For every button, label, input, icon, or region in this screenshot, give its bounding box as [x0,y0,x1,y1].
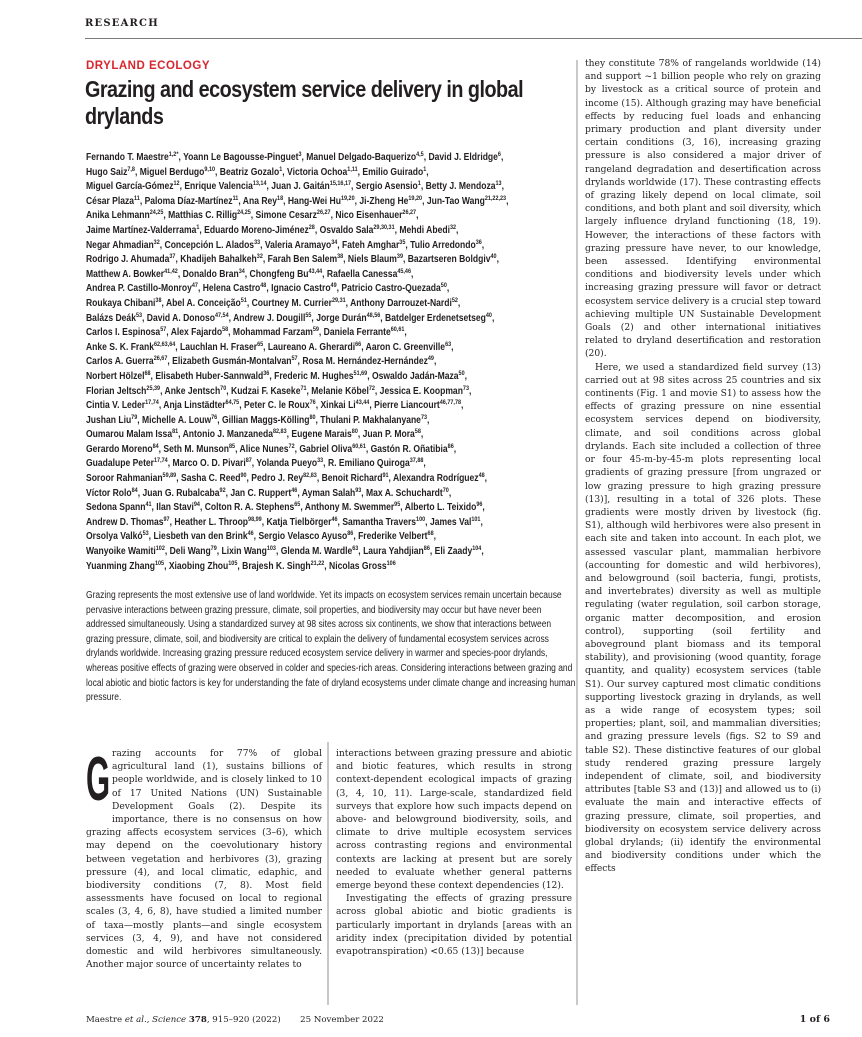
author-affiliation: 86 [448,443,454,450]
article-title: Grazing and ecosystem service delivery i… [85,76,567,130]
author-name: Aaron C. Greenville [366,342,445,353]
author-affiliation: 64,75 [226,399,240,406]
author-name: Victoria Ochoa [287,167,347,178]
author-affiliation: 39 [397,253,403,260]
author-affiliation: 95 [394,501,400,508]
author-affiliation: 38 [337,253,343,260]
author-name: Ana Rey [243,196,277,207]
author-affiliation: 13,14 [253,180,267,187]
author-affiliation: 29,31 [332,297,346,304]
drop-cap: G [86,749,108,815]
author-affiliation: 100 [416,516,425,523]
author-name: Max A. Schuchardt [366,488,443,499]
body-paragraph: Here, we used a standardized field surve… [585,362,821,877]
article-kicker: DRYLAND ECOLOGY [86,60,210,72]
author-affiliation: 102 [156,545,165,552]
author-name: Marco O. D. Pivari [172,458,245,469]
author-name: Andrew D. Thomas [86,517,164,528]
author-name: Andrew J. Dougill [233,313,305,324]
author-name: Anja Linstädter [163,400,225,411]
author-name: Carlos A. Guerra [86,356,154,367]
author-name: Pierre Liancourt [374,400,440,411]
author-name: Katja Tielbörger [266,517,331,528]
author-name: Michelle A. Louw [142,415,211,426]
author-affiliation: 60,61 [391,326,405,333]
author-name: Niels Blaum [348,254,397,265]
author-name: Roukaya Chibani [86,298,155,309]
author-affiliation: 1 [279,166,282,173]
author-affiliation: 84 [132,487,138,494]
author-affiliation: 72 [289,443,295,450]
author-name: Valeria Aramayo [265,240,331,251]
author-name: Alexandra Rodríguez [393,473,479,484]
author-affiliation: 92 [220,487,226,494]
author-name: Gillian Maggs-Kölling [222,415,309,426]
author-affiliation: 86 [424,545,430,552]
author-affiliation: 60,61 [352,443,366,450]
author-affiliation: 72 [369,385,375,392]
column-divider-right [576,60,578,1005]
author-affiliation: 24,25 [237,209,251,216]
body-column-2: interactions between grazing pressure an… [336,748,572,959]
author-affiliation: 33 [317,457,323,464]
author-affiliation: 43,44 [356,399,370,406]
author-name: Heather L. Throop [174,517,248,528]
author-affiliation: 57 [160,326,166,333]
author-affiliation: 90 [240,472,246,479]
author-name: Paloma Díaz-Martínez [145,196,233,207]
author-name: Wanyoike Wamiti [86,546,156,557]
author-name: Ji-Zheng He [359,196,408,207]
author-affiliation: 18 [277,195,283,202]
author-affiliation: 12 [174,180,180,187]
author-name: Kudzai F. Kaseke [231,386,300,397]
body-paragraph: Investigating the effects of grazing pre… [336,893,572,959]
author-name: Samantha Travers [342,517,416,528]
author-affiliation: 105 [155,560,164,567]
author-name: Seth M. Munson [163,444,229,455]
author-name: Cintia V. Leder [86,400,145,411]
article-title-text: Grazing and ecosystem service delivery i… [85,76,532,130]
author-list: Fernando T. Maestre1,2*, Yoann Le Bagous… [86,151,556,574]
author-name: Gabriel Oliva [299,444,352,455]
author-affiliation: 59,89 [163,472,177,479]
author-name: Norbert Hölzel [86,371,144,382]
author-affiliation: 1 [418,180,421,187]
author-name: Juan J. Gaitán [271,181,329,192]
author-affiliation: 53 [136,312,142,319]
author-affiliation: 40 [490,253,496,260]
author-affiliation: 50 [459,370,465,377]
author-name: Simone Cesarz [256,210,317,221]
author-name: Balázs Deák [86,313,136,324]
author-affiliation: 105 [228,560,237,567]
author-affiliation: 57 [291,355,297,362]
author-name: Batdelger Erdenetsetseg [385,313,486,324]
author-name: Soroor Rahmanian [86,473,163,484]
author-name: Enrique Valencia [184,181,252,192]
author-affiliation: 52 [452,297,458,304]
author-affiliation: 103 [267,545,276,552]
author-name: Oswaldo Jadán-Maza [372,371,459,382]
author-name: Manuel Delgado-Baquerizo [306,152,416,163]
author-name: Alex Fajardo [171,327,222,338]
author-name: Eli Zaady [435,546,473,557]
author-name: Jushan Liu [86,415,131,426]
author-affiliation: 41 [145,501,151,508]
author-affiliation: 38 [155,297,161,304]
author-name: Chongfeng Bu [250,269,309,280]
author-name: Courtney M. Currier [252,298,332,309]
author-affiliation: 43,44 [308,268,322,275]
author-affiliation: 29,30,31 [373,224,394,231]
author-name: Elizabeth Gusmán-Montalvan [172,356,291,367]
author-affiliation: 1,2* [169,151,179,158]
author-name: Laura Yahdjian [363,546,424,557]
author-name: James Val [430,517,471,528]
author-name: Alberto L. Teixido [405,502,477,513]
author-name: Carlos I. Espinosa [86,327,160,338]
author-affiliation: 34 [331,239,337,246]
author-affiliation: 97 [164,516,170,523]
author-affiliation: 15,16,17 [330,180,351,187]
author-name: Guadalupe Peter [86,458,154,469]
column-divider-middle [327,742,329,1005]
author-name: Xinkai Li [320,400,355,411]
author-name: Nico Eisenhauer [335,210,402,221]
author-affiliation: 63 [445,341,451,348]
author-name: Lixin Wang [222,546,267,557]
author-affiliation: 55 [305,312,311,319]
author-name: Helena Castro [203,283,261,294]
author-name: R. Emiliano Quiroga [328,458,410,469]
author-affiliation: 17,74 [154,457,168,464]
author-affiliation: 37,88 [410,457,424,464]
body-paragraph: interactions between grazing pressure an… [336,748,572,893]
author-name: Yuanming Zhang [86,561,155,572]
author-name: Khadijeh Bahalkeh [180,254,257,265]
author-name: Eduardo Moreno-Jiménez [204,225,309,236]
author-affiliation: 51 [241,297,247,304]
author-affiliation: 33 [254,239,260,246]
author-affiliation: 32 [154,239,160,246]
author-name: Colton R. A. Stephens [205,502,295,513]
author-name: David A. Donoso [147,313,215,324]
author-name: Rosa M. Hernández-Hernández [302,356,428,367]
author-affiliation: 80 [352,428,358,435]
author-name: Ignacio Castro [271,283,330,294]
author-name: Antonio J. Manzaneda [183,429,273,440]
author-affiliation: 91 [382,472,388,479]
author-name: Abel A. Conceição [166,298,241,309]
author-affiliation: 87 [246,457,252,464]
author-affiliation: 86 [347,530,353,537]
author-affiliation: 37 [169,253,175,260]
article-page: RESEARCH DRYLAND ECOLOGY Grazing and eco… [0,0,862,1037]
author-affiliation: 70 [443,487,449,494]
author-name: Negar Ahmadian [86,240,154,251]
author-name: Jorge Durán [316,313,366,324]
author-name: Elisabeth Huber-Sannwald [155,371,263,382]
author-affiliation: 47 [192,282,198,289]
author-affiliation: 3 [298,151,301,158]
author-affiliation: 58 [415,428,421,435]
author-name: Jaime Martínez-Valderrama [86,225,196,236]
author-affiliation: 19,20 [341,195,355,202]
author-name: Hugo Saiz [86,167,127,178]
author-name: Anthony M. Swemmer [305,502,394,513]
author-affiliation: 45,46 [397,268,411,275]
author-affiliation: 7,8 [127,166,135,173]
citation-volume: 378 [189,1015,207,1025]
author-name: Frederic M. Hughes [274,371,353,382]
author-affiliation: 11 [134,195,140,202]
author-affiliation: 51,69 [354,370,368,377]
author-affiliation: 26,67 [154,355,168,362]
author-affiliation: 80 [309,414,315,421]
author-name: Emilio Guirado [362,167,423,178]
page-indicator: 1 of 6 [800,1014,830,1025]
author-name: Tulio Arredondo [410,240,476,251]
author-affiliation: 101 [471,516,480,523]
author-affiliation: 1 [423,166,426,173]
author-affiliation: 76 [211,414,217,421]
author-name: Matthias C. Rillig [168,210,237,221]
author-affiliation: 48 [479,472,485,479]
author-name: Laureano A. Gherardi [268,342,355,353]
author-affiliation: 81 [172,428,178,435]
author-name: Yolanda Pueyo [256,458,317,469]
author-affiliation: 50 [441,282,447,289]
author-name: Orsolya Valkó [86,531,143,542]
author-name: Mehdi Abedi [399,225,450,236]
author-name: Brajesh K. Singh [242,561,310,572]
author-name: Deli Wang [170,546,211,557]
author-affiliation: 48 [260,282,266,289]
author-name: César Plaza [86,196,134,207]
author-name: Benoit Richard [322,473,383,484]
author-affiliation: 49 [428,355,434,362]
author-name: Víctor Rolo [86,488,132,499]
author-name: Sergio Velasco Ayuso [258,531,347,542]
author-affiliation: 58 [222,326,228,333]
author-affiliation: 1 [196,224,199,231]
author-affiliation: 34 [239,268,245,275]
author-affiliation: 28 [309,224,315,231]
author-name: Donaldo Bran [183,269,239,280]
author-name: Florian Jeltsch [86,386,146,397]
author-name: Bazartseren Boldgiv [408,254,491,265]
author-name: Mohammad Farzam [233,327,313,338]
author-affiliation: 9,10 [204,166,215,173]
author-affiliation: 26,27 [317,209,331,216]
author-affiliation: 32 [257,253,263,260]
author-name: Sergio Asensio [356,181,418,192]
author-name: Anke Jentsch [165,386,221,397]
author-name: Rodrigo J. Ahumada [86,254,169,265]
author-affiliation: 94 [194,501,200,508]
author-name: Miguel García-Gómez [86,181,174,192]
author-affiliation: 25,39 [146,385,160,392]
author-affiliation: 46,77,78 [440,399,461,406]
author-name: David J. Eldridge [428,152,497,163]
author-affiliation: 32 [450,224,456,231]
abstract: Grazing represents the most extensive us… [86,589,578,706]
author-affiliation: 98,99 [248,516,262,523]
author-affiliation: 79 [211,545,217,552]
author-name: Anke S. K. Frank [86,342,154,353]
author-affiliation: 76 [310,399,316,406]
citation-etal: et al. [125,1015,147,1025]
author-name: Nicolas Gross [329,561,387,572]
author-affiliation: 84 [153,443,159,450]
author-name: Frederike Velbert [358,531,427,542]
author-name: Betty J. Mendoza [426,181,496,192]
citation-pages: , 915–920 (2022) [207,1015,281,1025]
author-name: Jessica E. Koopman [380,386,463,397]
header-rule [85,38,862,39]
author-name: Yoann Le Bagousse-Pinguet [183,152,298,163]
author-affiliation: 21,22 [311,560,325,567]
author-name: Oumarou Malam Issa [86,429,172,440]
author-affiliation: 36 [476,239,482,246]
author-affiliation: 4,5 [416,151,424,158]
author-name: Jan C. Ruppert [230,488,291,499]
author-name: Anika Lehmann [86,210,150,221]
author-affiliation: 46 [291,487,297,494]
author-name: Ayman Salah [302,488,355,499]
author-name: Ilan Stavi [156,502,194,513]
author-name: Concepción L. Alados [165,240,255,251]
author-name: Miguel Berdugo [140,167,205,178]
author-affiliation: 6 [498,151,501,158]
author-affiliation: 71 [300,385,306,392]
author-name: Glenda M. Wardle [281,546,352,557]
author-name: Gastón R. Oñatibia [371,444,448,455]
author-name: Daniela Ferrante [324,327,391,338]
author-affiliation: 104 [472,545,481,552]
citation-journal: Science [152,1015,186,1025]
author-affiliation: 11 [233,195,239,202]
body-paragraph: razing accounts for 77% of global agricu… [86,749,322,970]
author-affiliation: 49 [331,282,337,289]
author-affiliation: 82,83 [303,472,317,479]
author-affiliation: 21,22,23 [485,195,506,202]
author-name: Hang-Wei Hu [288,196,341,207]
author-affiliation: 24,25 [150,209,164,216]
author-affiliation: 48,56 [367,312,381,319]
author-affiliation: 41,42 [164,268,178,275]
author-affiliation: 79 [131,414,137,421]
author-name: Jun-Tao Wang [427,196,485,207]
author-affiliation: 66 [355,341,361,348]
author-affiliation: 68 [428,530,434,537]
author-name: Andrea P. Castillo-Monroy [86,283,192,294]
author-name: Pedro J. Rey [251,473,303,484]
author-affiliation: 46 [331,516,337,523]
author-affiliation: 62,63,64 [154,341,175,348]
author-name: Patricio Castro-Quezada [341,283,440,294]
author-affiliation: 19,20 [408,195,422,202]
publication-date: 25 November 2022 [300,1015,384,1025]
author-name: Fateh Amghar [342,240,399,251]
author-affiliation: 68 [144,370,150,377]
author-affiliation: 36 [263,370,269,377]
author-affiliation: 63 [352,545,358,552]
body-column-3: they constitute 78% of rangelands worldw… [585,58,821,877]
author-name: Farah Ben Salem [268,254,337,265]
author-affiliation: 93 [355,487,361,494]
author-affiliation: 85 [229,443,235,450]
author-name: Sedona Spann [86,502,145,513]
author-name: Juan P. Mora [363,429,415,440]
citation-authors: Maestre [86,1015,122,1025]
author-affiliation: 106 [387,560,396,567]
author-affiliation: 1,11 [347,166,357,173]
author-name: Melanie Köbel [311,386,369,397]
author-name: Xiaobing Zhou [169,561,228,572]
author-name: Osvaldo Sala [320,225,374,236]
section-label: RESEARCH [85,18,159,29]
author-name: Peter C. le Roux [244,400,310,411]
author-affiliation: 53 [143,530,149,537]
author-affiliation: 96 [476,501,482,508]
author-affiliation: 35 [399,239,405,246]
author-affiliation: 13 [496,180,502,187]
author-affiliation: 73 [421,414,427,421]
author-name: Thulani P. Makhalanyane [320,415,421,426]
body-column-1: Grazing accounts for 77% of global agric… [86,748,322,972]
author-affiliation: 59 [313,326,319,333]
footer-citation: Maestre et al., Science 378, 915–920 (20… [86,1015,384,1025]
author-affiliation: 70 [220,385,226,392]
author-affiliation: 17,74 [145,399,159,406]
author-name: Sasha C. Reed [181,473,240,484]
author-affiliation: 26,27 [402,209,416,216]
author-affiliation: 65 [294,501,300,508]
author-name: Matthew A. Bowker [86,269,164,280]
author-name: Lauchlan H. Fraser [180,342,257,353]
body-paragraph: they constitute 78% of rangelands worldw… [585,58,821,362]
author-name: Rafaella Canessa [327,269,397,280]
author-name: Alice Nunes [240,444,289,455]
author-name: Juan G. Rubalcaba [142,488,219,499]
author-name: Beatriz Gozalo [220,167,279,178]
author-affiliation: 65 [257,341,263,348]
author-name: Liesbeth van den Brink [153,531,247,542]
author-affiliation: 40 [486,312,492,319]
author-affiliation: 82,83 [273,428,287,435]
author-affiliation: 46 [248,530,254,537]
author-name: Fernando T. Maestre [86,152,169,163]
author-affiliation: 47,54 [215,312,229,319]
author-affiliation: 73 [463,385,469,392]
author-name: Eugene Marais [291,429,351,440]
author-name: Gerardo Moreno [86,444,153,455]
author-name: Anthony Darrouzet-Nardi [350,298,452,309]
